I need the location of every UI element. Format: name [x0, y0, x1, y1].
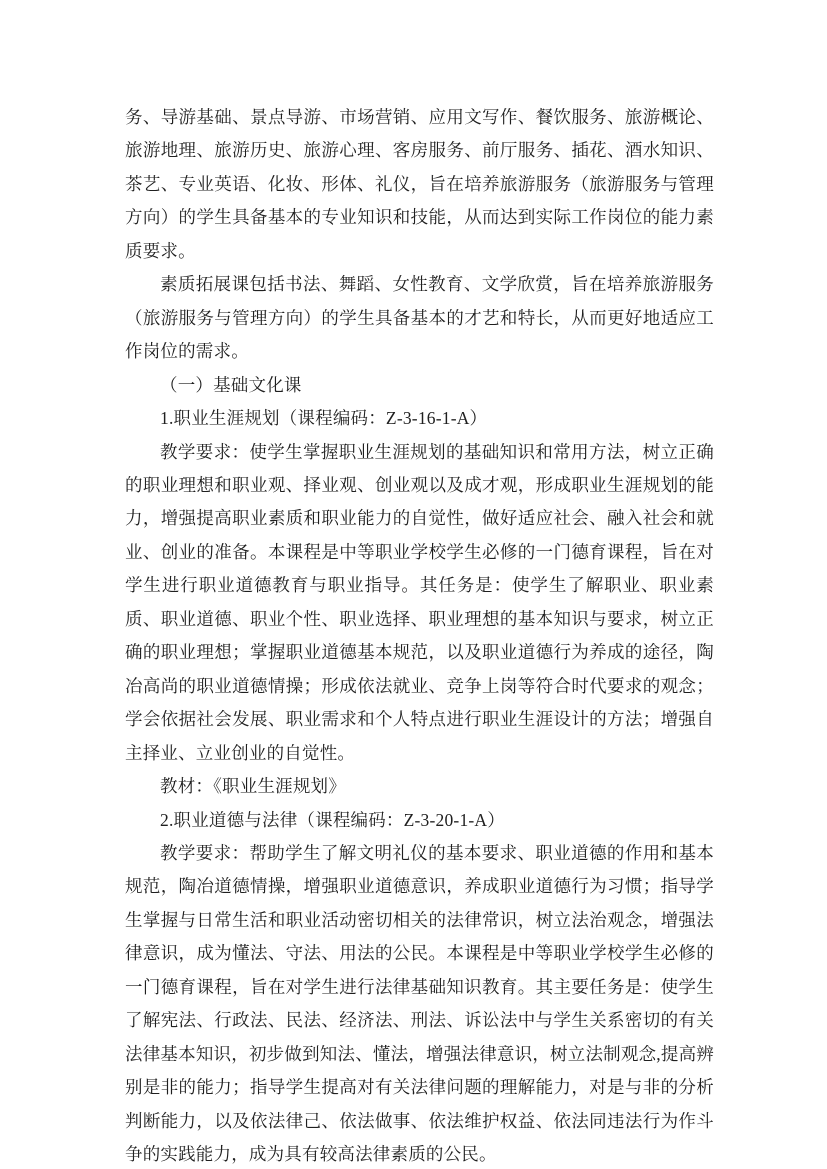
continuation-paragraph: 务、导游基础、景点导游、市场营销、应用文写作、餐饮服务、旅游概论、旅游地理、旅游… [125, 101, 714, 268]
document-body: 务、导游基础、景点导游、市场营销、应用文写作、餐饮服务、旅游概论、旅游地理、旅游… [125, 101, 714, 1169]
course-1-textbook-line: 教材：《职业生涯规划》 [125, 770, 714, 803]
quality-extension-paragraph: 素质拓展课包括书法、舞蹈、女性教育、文学欣赏，旨在培养旅游服务（旅游服务与管理方… [125, 268, 714, 368]
course-2-title-ethics-and-law: 2.职业道德与法律（课程编码：Z-3-20-1-A） [125, 804, 714, 837]
course-1-teaching-requirements: 教学要求：使学生掌握职业生涯规划的基础知识和常用方法，树立正确的职业理想和职业观… [125, 436, 714, 771]
section-heading-basic-culture-courses: （一）基础文化课 [125, 369, 714, 402]
course-1-title-career-planning: 1.职业生涯规划（课程编码：Z-3-16-1-A） [125, 402, 714, 435]
course-2-teaching-requirements: 教学要求：帮助学生了解文明礼仪的基本要求、职业道德的作用和基本规范，陶冶道德情操… [125, 837, 714, 1169]
document-page: 务、导游基础、景点导游、市场营销、应用文写作、餐饮服务、旅游概论、旅游地理、旅游… [0, 0, 827, 1169]
